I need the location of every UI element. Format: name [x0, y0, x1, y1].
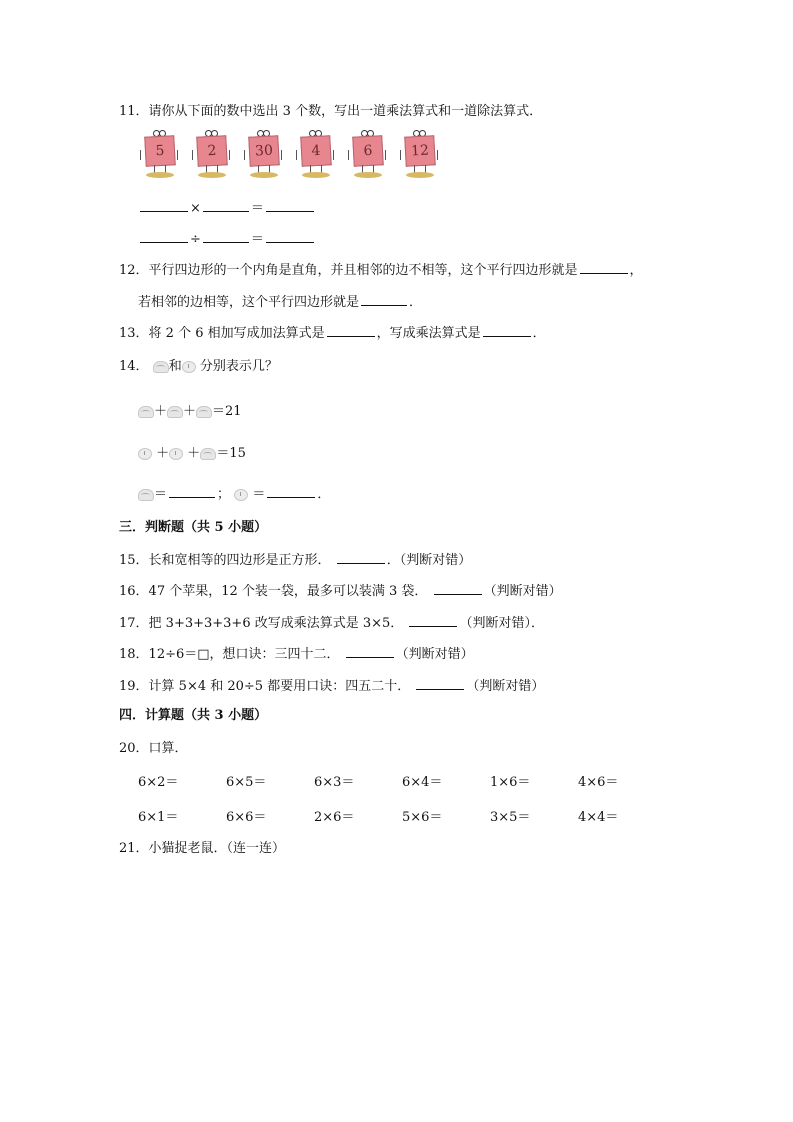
- equation-result: ＝21: [212, 404, 242, 419]
- question-17: 17．把 3+3+3+3+6 改写成乘法算式是 3×5． （判断对错）．: [119, 613, 544, 633]
- number-card: 5: [140, 128, 178, 180]
- calc-item: 4×4＝: [578, 806, 666, 825]
- answer-blank[interactable]: [434, 581, 482, 595]
- question-18: 18．12÷6＝□，想口诀：三四十二． （判断对错）: [119, 644, 474, 664]
- judge-hint: ．（判断对错）: [387, 553, 472, 568]
- answer-blank[interactable]: [361, 292, 407, 306]
- question-11-text: 11．请你从下面的数中选出 3 个数，写出一道乘法算式和一道除法算式．: [119, 103, 542, 121]
- equation-result: ＝15: [216, 446, 246, 461]
- equation-1: ＋＋＝21: [138, 400, 242, 419]
- answer-blank[interactable]: [266, 198, 314, 212]
- question-20-label: 20．口算．: [119, 740, 188, 758]
- shell-icon: [196, 406, 212, 418]
- question-16: 16．47 个苹果，12 个装一袋，最多可以装满 3 袋． （判断对错）: [119, 581, 562, 601]
- equals-sign: ＝: [252, 487, 265, 502]
- punctuation: ．: [409, 295, 422, 310]
- question-12-line2: 若相邻的边相等，这个平行四边形就是．: [138, 292, 422, 312]
- mental-math-row-2: 6×1＝ 6×6＝ 2×6＝ 5×6＝ 3×5＝ 4×4＝: [138, 806, 666, 825]
- calc-item: 4×6＝: [578, 771, 666, 790]
- punctuation: ，: [630, 263, 643, 278]
- answer-blank[interactable]: [416, 676, 464, 690]
- mental-math-row-1: 6×2＝ 6×5＝ 6×3＝ 6×4＝ 1×6＝ 4×6＝: [138, 771, 666, 790]
- question-text: 12．平行四边形的一个内角是直角，并且相邻的边不相等，这个平行四边形就是: [119, 263, 578, 278]
- answer-blank[interactable]: [140, 198, 188, 212]
- question-number: 14．: [119, 359, 149, 374]
- answer-blank[interactable]: [327, 323, 375, 337]
- answer-blank[interactable]: [267, 484, 315, 498]
- equals-sign: ＝: [154, 487, 167, 502]
- punctuation: ．: [533, 326, 546, 341]
- shell-icon: [153, 361, 169, 373]
- shell-icon: [138, 406, 154, 418]
- question-15: 15．长和宽相等的四边形是正方形． ．（判断对错）: [119, 550, 471, 570]
- question-text: 19．计算 5×4 和 20÷5 都要用口诀：四五二十．: [119, 679, 410, 694]
- question-19: 19．计算 5×4 和 20÷5 都要用口诀：四五二十． （判断对错）: [119, 676, 544, 696]
- number-card: 12: [400, 128, 438, 180]
- calc-item: 6×3＝: [314, 771, 402, 790]
- judge-hint: （判断对错）: [396, 647, 474, 662]
- number-card: 4: [296, 128, 334, 180]
- calc-item: 6×5＝: [226, 771, 314, 790]
- judge-hint: （判断对错）．: [459, 616, 544, 631]
- answer-row: ＝； ＝．: [138, 483, 330, 502]
- calc-item: 6×1＝: [138, 806, 226, 825]
- division-row: ÷＝: [138, 228, 316, 247]
- equation-2: ＋ ＋＝15: [138, 442, 246, 461]
- calc-item: 6×4＝: [402, 771, 490, 790]
- question-text: 18．12÷6＝□，想口诀：三四十二．: [119, 647, 340, 662]
- question-text: ，写成乘法算式是: [377, 326, 481, 341]
- multiplication-row: ×＝: [138, 197, 316, 216]
- equals-sign: ＝: [251, 201, 264, 216]
- divide-sign: ÷: [190, 232, 201, 247]
- question-text: 分别表示几？: [200, 359, 278, 374]
- punctuation: ．: [317, 487, 330, 502]
- calc-item: 1×6＝: [490, 771, 578, 790]
- plus-sign: ＋: [187, 446, 200, 461]
- answer-blank[interactable]: [169, 484, 215, 498]
- calc-item: 3×5＝: [490, 806, 578, 825]
- answer-blank[interactable]: [346, 644, 394, 658]
- answer-blank[interactable]: [337, 550, 385, 564]
- answer-blank[interactable]: [483, 323, 531, 337]
- plus-sign: ＋: [154, 404, 167, 419]
- question-13: 13．将 2 个 6 相加写成加法算式是，写成乘法算式是．: [119, 323, 546, 343]
- answer-blank[interactable]: [140, 229, 188, 243]
- answer-blank[interactable]: [203, 198, 249, 212]
- shell-icon: [167, 406, 183, 418]
- plus-sign: ＋: [183, 404, 196, 419]
- number-card: 2: [192, 128, 230, 180]
- calc-item: 6×2＝: [138, 771, 226, 790]
- separator: ；: [217, 487, 230, 502]
- pearl-icon: [169, 448, 183, 460]
- times-sign: ×: [190, 201, 201, 216]
- calc-item: 6×6＝: [226, 806, 314, 825]
- judge-hint: （判断对错）: [466, 679, 544, 694]
- judge-hint: （判断对错）: [484, 584, 562, 599]
- section-4-title: 四．计算题（共 3 小题）: [119, 707, 267, 725]
- question-12-line1: 12．平行四边形的一个内角是直角，并且相邻的边不相等，这个平行四边形就是，: [119, 260, 643, 280]
- question-text: 16．47 个苹果，12 个装一袋，最多可以装满 3 袋．: [119, 584, 427, 599]
- question-text: 15．长和宽相等的四边形是正方形．: [119, 553, 331, 568]
- equals-sign: ＝: [251, 232, 264, 247]
- calc-item: 5×6＝: [402, 806, 490, 825]
- question-text: 17．把 3+3+3+3+6 改写成乘法算式是 3×5．: [119, 616, 403, 631]
- pearl-icon: [138, 448, 152, 460]
- pearl-icon: [234, 489, 248, 501]
- answer-blank[interactable]: [409, 613, 457, 627]
- section-3-title: 三．判断题（共 5 小题）: [119, 519, 267, 537]
- number-card: 30: [244, 128, 282, 180]
- number-cards: 5 2 30 4 6 12: [140, 128, 438, 180]
- question-14: 14． 和 分别表示几？: [119, 358, 278, 376]
- shell-icon: [138, 489, 154, 501]
- question-text: 13．将 2 个 6 相加写成加法算式是: [119, 326, 325, 341]
- calc-item: 2×6＝: [314, 806, 402, 825]
- answer-blank[interactable]: [580, 260, 628, 274]
- answer-blank[interactable]: [203, 229, 249, 243]
- shell-icon: [200, 448, 216, 460]
- plus-sign: ＋: [156, 446, 169, 461]
- question-21-label: 21．小猫捉老鼠．（连一连）: [119, 840, 285, 858]
- question-text: 若相邻的边相等，这个平行四边形就是: [138, 295, 359, 310]
- and-text: 和: [169, 359, 182, 374]
- pearl-icon: [182, 361, 196, 373]
- answer-blank[interactable]: [266, 229, 314, 243]
- number-card: 6: [348, 128, 386, 180]
